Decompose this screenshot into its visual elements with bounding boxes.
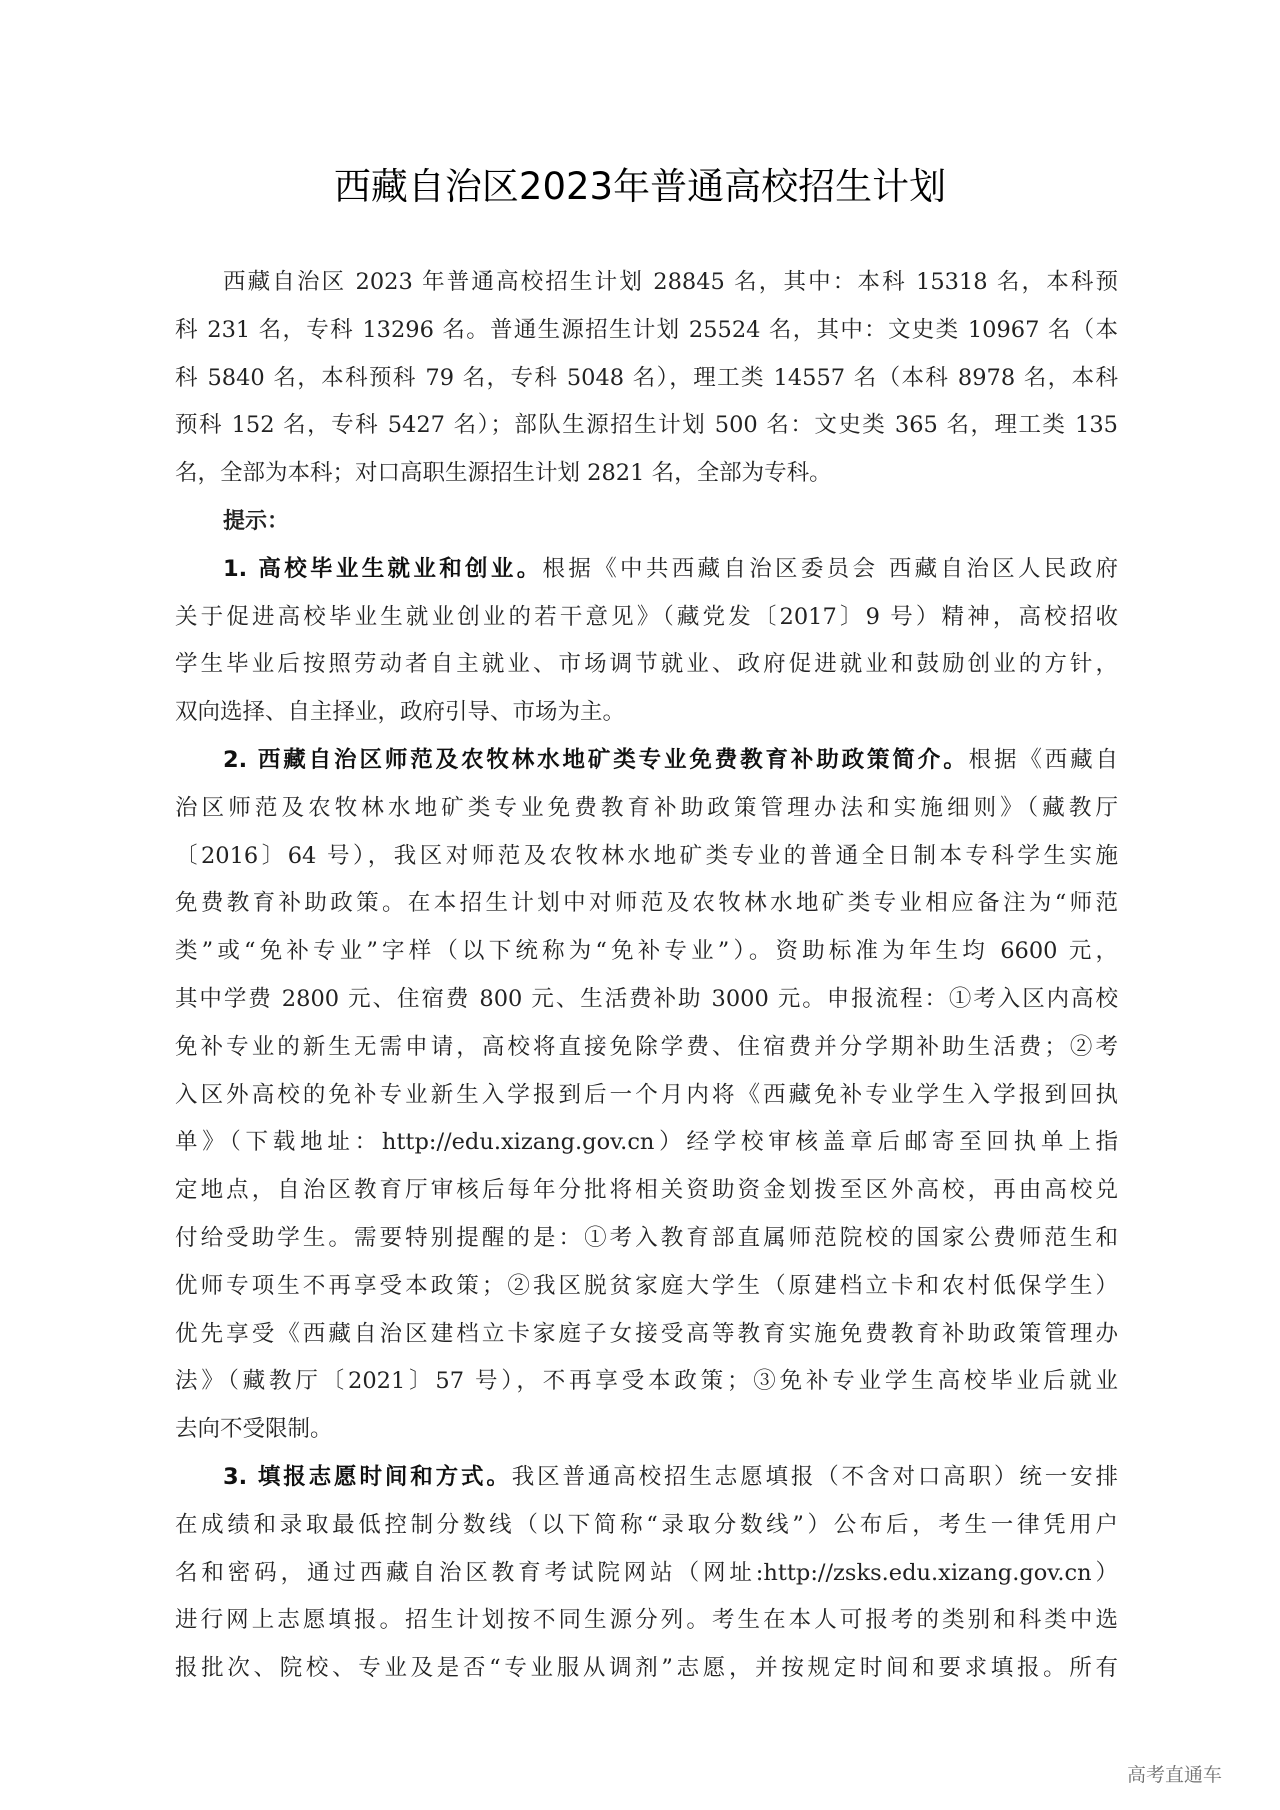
section-2-first-line: 2. 西藏自治区师范及农牧林水地矿类专业免费教育补助政策简介。根据《西藏自 — [175, 737, 1118, 785]
section-2-lead: 根据《西藏自 — [969, 747, 1118, 773]
section-2-line: 定地点，自治区教育厅审核后每年分批将相关资助资金划拨至区外高校，再由高校兑 — [175, 1167, 1118, 1215]
page-title: 西藏自治区2023年普通高校招生计划 — [0, 162, 1280, 212]
section-2-line: 优师专项生不再享受本政策；②我区脱贫家庭大学生（原建档立卡和农村低保学生） — [175, 1263, 1118, 1311]
section-1-heading: 1. 高校毕业生就业和创业。 — [223, 556, 543, 582]
document-body: 西藏自治区 2023 年普通高校招生计划 28845 名，其中：本科 15318… — [175, 259, 1118, 1693]
section-1-line: 学生毕业后按照劳动者自主就业、市场调节就业、政府促进就业和鼓励创业的方针， — [175, 641, 1118, 689]
section-3-first-line: 3. 填报志愿时间和方式。我区普通高校招生志愿填报（不含对口高职）统一安排 — [175, 1454, 1118, 1502]
watermark-label: 高考直通车 — [1127, 1760, 1222, 1787]
section-2-line: 〔2016〕64 号），我区对师范及农牧林水地矿类专业的普通全日制本专科学生实施 — [175, 833, 1118, 881]
intro-line: 科 231 名，专科 13296 名。普通生源招生计划 25524 名，其中：文… — [175, 307, 1118, 355]
intro-line: 科 5840 名，本科预科 79 名，专科 5048 名），理工类 14557 … — [175, 355, 1118, 403]
section-2-line: 其中学费 2800 元、住宿费 800 元、生活费补助 3000 元。申报流程：… — [175, 976, 1118, 1024]
section-2-line: 法》（藏教厅〔2021〕57 号），不再享受本政策；③免补专业学生高校毕业后就业 — [175, 1358, 1118, 1406]
intro-line: 名，全部为本科；对口高职生源招生计划 2821 名，全部为专科。 — [175, 450, 1118, 498]
section-1-first-line: 1. 高校毕业生就业和创业。根据《中共西藏自治区委员会 西藏自治区人民政府 — [175, 546, 1118, 594]
section-3-line: 进行网上志愿填报。招生计划按不同生源分列。考生在本人可报考的类别和科类中选 — [175, 1597, 1118, 1645]
section-1-line: 关于促进高校毕业生就业创业的若干意见》（藏党发〔2017〕9 号）精神，高校招收 — [175, 594, 1118, 642]
section-1-lead: 根据《中共西藏自治区委员会 西藏自治区人民政府 — [543, 556, 1118, 582]
intro-line: 预科 152 名，专科 5427 名）；部队生源招生计划 500 名：文史类 3… — [175, 402, 1118, 450]
section-3-line: 报批次、院校、专业及是否“专业服从调剂”志愿，并按规定时间和要求填报。所有 — [175, 1645, 1118, 1693]
section-3-line: 名和密码，通过西藏自治区教育考试院网站（网址:http://zsks.edu.x… — [175, 1550, 1118, 1598]
tips-heading-text: 提示： — [223, 509, 289, 534]
section-3-lead: 我区普通高校招生志愿填报（不含对口高职）统一安排 — [512, 1464, 1118, 1490]
section-2-line: 单》（下载地址：http://edu.xizang.gov.cn）经学校审核盖章… — [175, 1119, 1118, 1167]
intro-line: 西藏自治区 2023 年普通高校招生计划 28845 名，其中：本科 15318… — [175, 259, 1118, 307]
tips-heading: 提示： — [175, 498, 1118, 546]
section-2-line: 优先享受《西藏自治区建档立卡家庭子女接受高等教育实施免费教育补助政策管理办 — [175, 1311, 1118, 1359]
section-2-line: 治区师范及农牧林水地矿类专业免费教育补助政策管理办法和实施细则》（藏教厅 — [175, 785, 1118, 833]
section-2-line: 去向不受限制。 — [175, 1406, 1118, 1454]
document-page: 西藏自治区2023年普通高校招生计划 西藏自治区 2023 年普通高校招生计划 … — [0, 0, 1280, 1810]
section-2-line: 免费教育补助政策。在本招生计划中对师范及农牧林水地矿类专业相应备注为“师范 — [175, 880, 1118, 928]
section-3-heading: 3. 填报志愿时间和方式。 — [223, 1464, 512, 1490]
section-3-line: 在成绩和录取最低控制分数线（以下简称“录取分数线”）公布后，考生一律凭用户 — [175, 1502, 1118, 1550]
section-2-line: 入区外高校的免补专业新生入学报到后一个月内将《西藏免补专业学生入学报到回执 — [175, 1072, 1118, 1120]
section-2-line: 类”或“免补专业”字样（以下统称为“免补专业”）。资助标准为年生均 6600 元… — [175, 928, 1118, 976]
section-2-line: 付给受助学生。需要特别提醒的是：①考入教育部直属师范院校的国家公费师范生和 — [175, 1215, 1118, 1263]
section-1-line: 双向选择、自主择业，政府引导、市场为主。 — [175, 689, 1118, 737]
section-2-line: 免补专业的新生无需申请，高校将直接免除学费、住宿费并分学期补助生活费；②考 — [175, 1024, 1118, 1072]
section-2-heading: 2. 西藏自治区师范及农牧林水地矿类专业免费教育补助政策简介。 — [223, 747, 969, 773]
